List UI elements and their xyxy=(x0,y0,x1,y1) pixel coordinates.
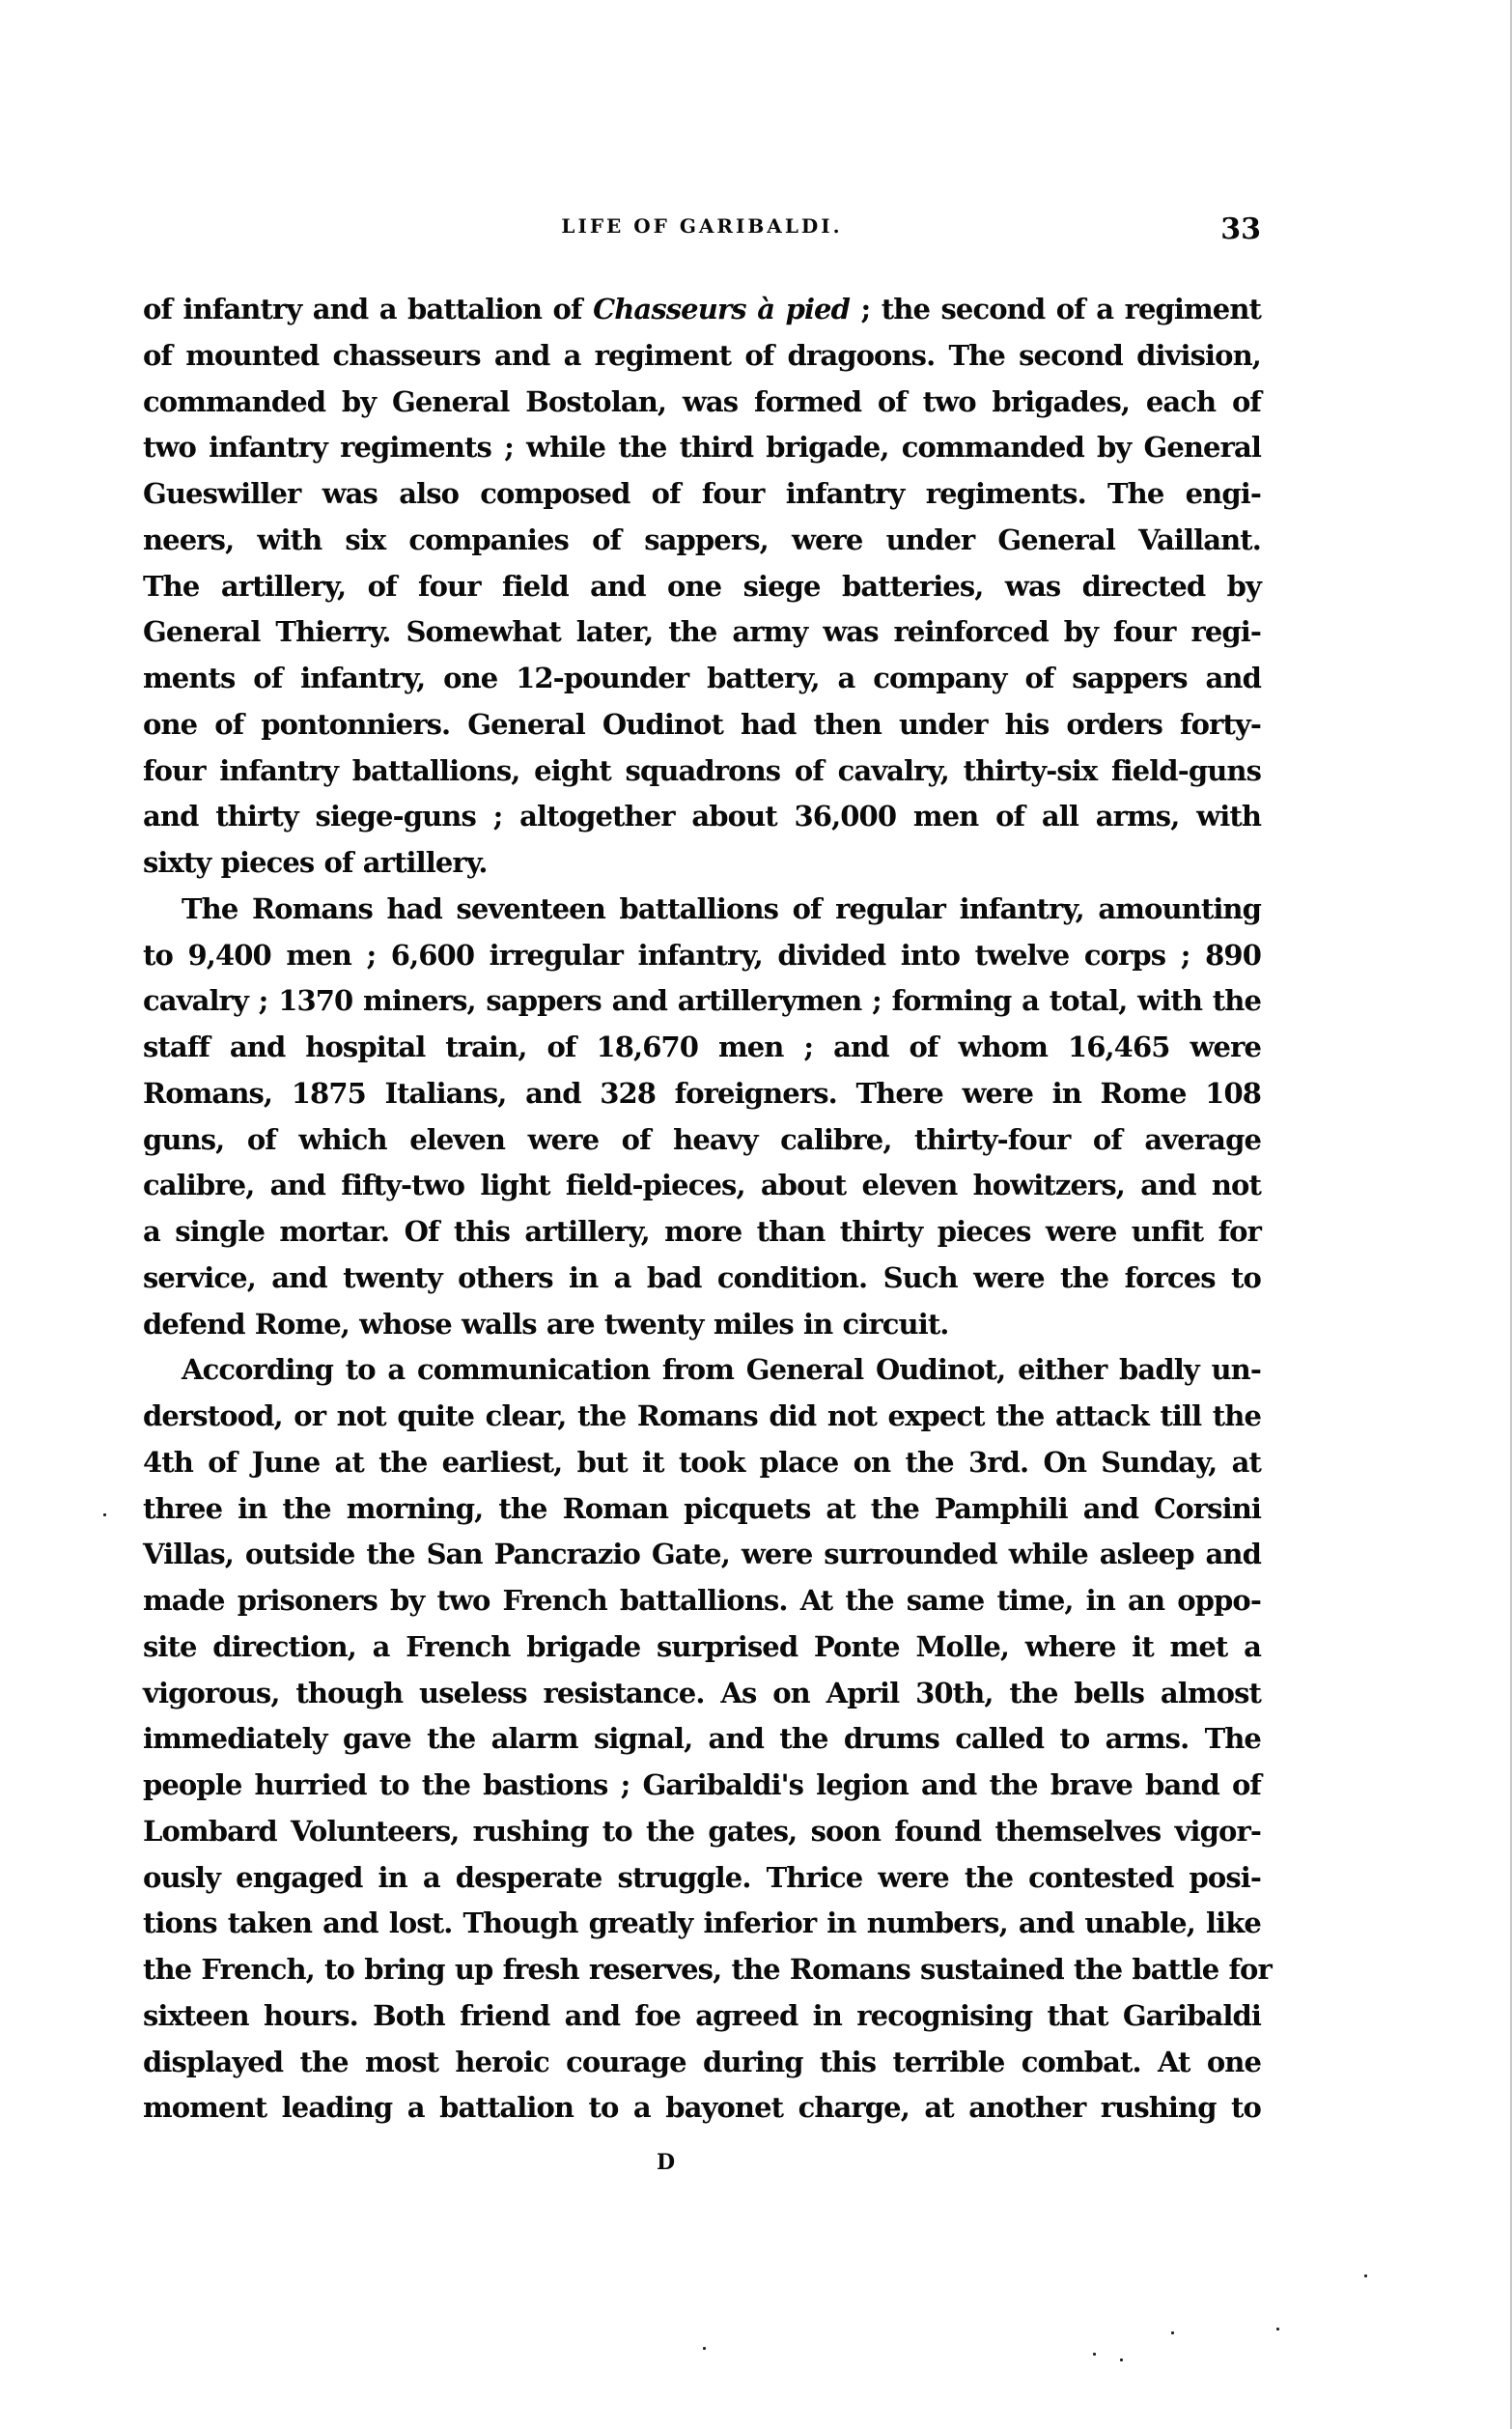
text-line: a single mortar. Of this artillery, more… xyxy=(143,1209,1261,1256)
paragraph: The Romans had seventeen battallions of … xyxy=(143,887,1261,1348)
text-line: made prisoners by two French battallions… xyxy=(143,1578,1261,1624)
text-line: guns, of which eleven were of heavy cali… xyxy=(143,1117,1261,1164)
text-line: four infantry battallions, eight squadro… xyxy=(143,748,1261,795)
text-line: of infantry and a battalion of Chasseurs… xyxy=(143,287,1261,333)
text-line: ously engaged in a desperate struggle. T… xyxy=(143,1855,1261,1902)
text-run: of infantry and a battalion of xyxy=(143,293,593,325)
italic-phrase: Chasseurs à pied xyxy=(593,293,850,325)
scan-speck xyxy=(1093,2353,1096,2356)
scan-speck xyxy=(1364,2274,1367,2277)
text-line: ments of infantry, one 12-pounder batter… xyxy=(143,656,1261,702)
text-line: immediately gave the alarm signal, and t… xyxy=(143,1716,1261,1763)
text-line: of mounted chasseurs and a regiment of d… xyxy=(143,333,1261,380)
text-line: staff and hospital train, of 18,670 men … xyxy=(143,1025,1261,1071)
text-line: people hurried to the bastions ; Garibal… xyxy=(143,1763,1261,1809)
text-line: The artillery, of four field and one sie… xyxy=(143,564,1261,610)
text-line: Gueswiller was also composed of four inf… xyxy=(143,471,1261,518)
text-line: calibre, and fifty-two light field-piece… xyxy=(143,1163,1261,1209)
text-line: the French, to bring up fresh reserves, … xyxy=(143,1947,1261,1993)
text-line: cavalry ; 1370 miners, sappers and artil… xyxy=(143,978,1261,1025)
text-line: service, and twenty others in a bad cond… xyxy=(143,1256,1261,1302)
running-title: LIFE OF GARIBALDI. xyxy=(143,214,1261,238)
book-page: LIFE OF GARIBALDI. 33 of infantry and a … xyxy=(0,0,1512,2429)
text-line: According to a communication from Genera… xyxy=(143,1347,1261,1394)
text-line: site direction, a French brigade surpris… xyxy=(143,1624,1261,1671)
text-line: vigorous, though useless resistance. As … xyxy=(143,1671,1261,1717)
signature-mark: D xyxy=(657,2150,675,2175)
text-line: neers, with six companies of sappers, we… xyxy=(143,518,1261,564)
text-line: sixteen hours. Both friend and foe agree… xyxy=(143,1993,1261,2040)
text-line: General Thierry. Somewhat later, the arm… xyxy=(143,609,1261,656)
text-line: Villas, outside the San Pancrazio Gate, … xyxy=(143,1532,1261,1578)
scan-speck xyxy=(103,1513,106,1516)
scan-speck xyxy=(703,2347,706,2350)
text-line: tions taken and lost. Though greatly inf… xyxy=(143,1901,1261,1947)
text-line: to 9,400 men ; 6,600 irregular infantry,… xyxy=(143,933,1261,979)
page-number: 33 xyxy=(1220,212,1261,246)
text-line: Lombard Volunteers, rushing to the gates… xyxy=(143,1809,1261,1855)
text-line: 4th of June at the earliest, but it took… xyxy=(143,1440,1261,1486)
text-run: ; the second of a regiment xyxy=(850,293,1261,325)
text-line: two infantry regiments ; while the third… xyxy=(143,425,1261,471)
text-line: commanded by General Bostolan, was forme… xyxy=(143,380,1261,426)
text-line: one of pontonniers. General Oudinot had … xyxy=(143,702,1261,748)
scan-speck xyxy=(1276,2328,1279,2330)
scan-speck xyxy=(1120,2358,1123,2361)
scan-speck xyxy=(1171,2331,1174,2334)
text-line: three in the morning, the Roman picquets… xyxy=(143,1486,1261,1533)
text-line: moment leading a battalion to a bayonet … xyxy=(143,2085,1261,2132)
text-line: displayed the most heroic courage during… xyxy=(143,2040,1261,2086)
text-line: and thirty siege-guns ; altogether about… xyxy=(143,794,1261,840)
text-line: derstood, or not quite clear, the Romans… xyxy=(143,1394,1261,1440)
body-text: of infantry and a battalion of Chasseurs… xyxy=(143,287,1261,2132)
text-line: defend Rome, whose walls are twenty mile… xyxy=(143,1302,1261,1348)
paragraph: of infantry and a battalion of Chasseurs… xyxy=(143,287,1261,887)
text-line: The Romans had seventeen battallions of … xyxy=(143,887,1261,933)
running-head: LIFE OF GARIBALDI. 33 xyxy=(143,212,1261,243)
text-line: Romans, 1875 Italians, and 328 foreigner… xyxy=(143,1071,1261,1117)
paragraph: According to a communication from Genera… xyxy=(143,1347,1261,2132)
text-line: sixty pieces of artillery. xyxy=(143,840,1261,887)
